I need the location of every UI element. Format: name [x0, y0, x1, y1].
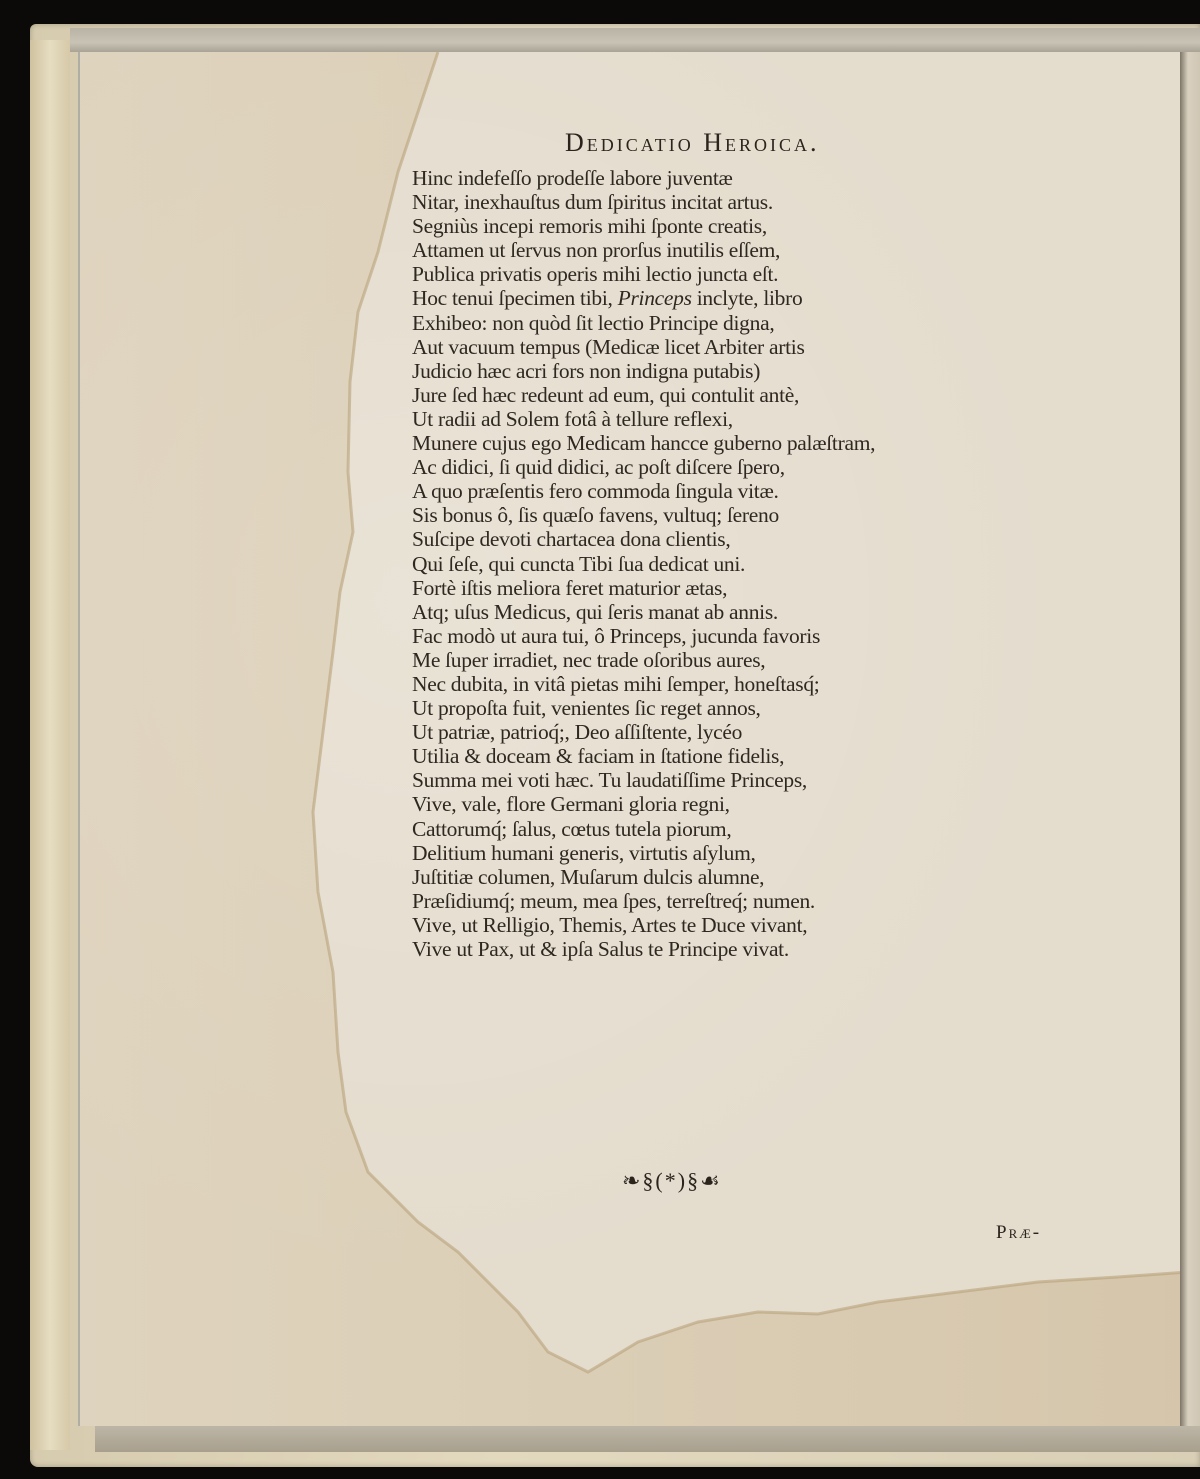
poem-line: Ut propoſta fuit, venientes ſic reget an… [412, 696, 1072, 720]
poem-line: Ut patriæ, patrioq́;, Deo aſſiſtente, ly… [412, 720, 1072, 744]
poem-line: Jure ſed hæc redeunt ad eum, qui contuli… [412, 383, 1072, 407]
poem-line: A quo præſentis fero commoda ſingula vit… [412, 479, 1072, 503]
poem-line: Vive, vale, flore Germani gloria regni, [412, 792, 1072, 816]
poem-line: Judicio hæc acri fors non indigna putabi… [412, 359, 1072, 383]
cover-top-edge [70, 28, 1200, 52]
page-fore-edge [1180, 52, 1200, 1426]
poem-text: Hinc indefeſſo prodeſſe labore juventæ N… [412, 166, 1072, 961]
poem-line: Publica privatis operis mihi lectio junc… [412, 262, 1072, 286]
poem-line: Munere cujus ego Medicam hancce guberno … [412, 431, 1072, 455]
poem-line: Juſtitiæ columen, Muſarum dulcis alumne, [412, 865, 1072, 889]
poem-line: Qui ſeſe, qui cuncta Tibi ſua dedicat un… [412, 552, 1072, 576]
poem-line: Cattorumq́; ſalus, cœtus tutela piorum, [412, 817, 1072, 841]
poem-line: Ac didici, ſi quid didici, ac poſt diſce… [412, 455, 1072, 479]
poem-line: Hoc tenui ſpecimen tibi, Princeps inclyt… [412, 286, 1072, 310]
poem-line: Fac modò ut aura tui, ô Princeps, jucund… [412, 624, 1072, 648]
poem-line: Delitium humani generis, virtutis aſylum… [412, 841, 1072, 865]
poem-line: Vive, ut Relligio, Themis, Artes te Duce… [412, 913, 1072, 937]
poem-line: Me ſuper irradiet, nec trade oſoribus au… [412, 648, 1072, 672]
poem-line: Aut vacuum tempus (Medicæ licet Arbiter … [412, 335, 1072, 359]
poem-line: Vive ut Pax, ut & ipſa Salus te Principe… [412, 937, 1072, 961]
poem-line: Ut radii ad Solem fotâ à tellure reflexi… [412, 407, 1072, 431]
poem-line: Exhibeo: non quòd ſit lectio Principe di… [412, 311, 1072, 335]
italic-word: Princeps [618, 286, 692, 310]
poem-line: Præſidiumq́; meum, mea ſpes, terreſtreq́… [412, 889, 1072, 913]
poem-line: Suſcipe devoti chartacea dona clientis, [412, 527, 1072, 551]
running-head: Dedicatio Heroica. [565, 128, 820, 158]
printers-ornament: ❧§(*)§☙ [622, 1168, 722, 1194]
cover-left-edge [30, 40, 70, 1450]
cover-bottom-edge [95, 1426, 1200, 1452]
poem-line: Fortè iſtis meliora feret maturior ætas, [412, 576, 1072, 600]
catchword: Præ- [996, 1222, 1041, 1244]
poem-line: Sis bonus ô, ſis quæſo favens, vultuq; ſ… [412, 503, 1072, 527]
poem-line: Utilia & doceam & faciam in ſtatione fid… [412, 744, 1072, 768]
poem-line: Summa mei voti hæc. Tu laudatiſſime Prin… [412, 768, 1072, 792]
poem-line: Atq; uſus Medicus, qui ſeris manat ab an… [412, 600, 1072, 624]
poem-line: Hinc indefeſſo prodeſſe labore juventæ [412, 166, 1072, 190]
poem-line: Attamen ut ſervus non prorſus inutilis e… [412, 238, 1072, 262]
poem-line: Segniùs incepi remoris mihi ſponte creat… [412, 214, 1072, 238]
poem-line: Nec dubita, in vitâ pietas mihi ſemper, … [412, 672, 1072, 696]
poem-line: Nitar, inexhauſtus dum ſpiritus incitat … [412, 190, 1072, 214]
